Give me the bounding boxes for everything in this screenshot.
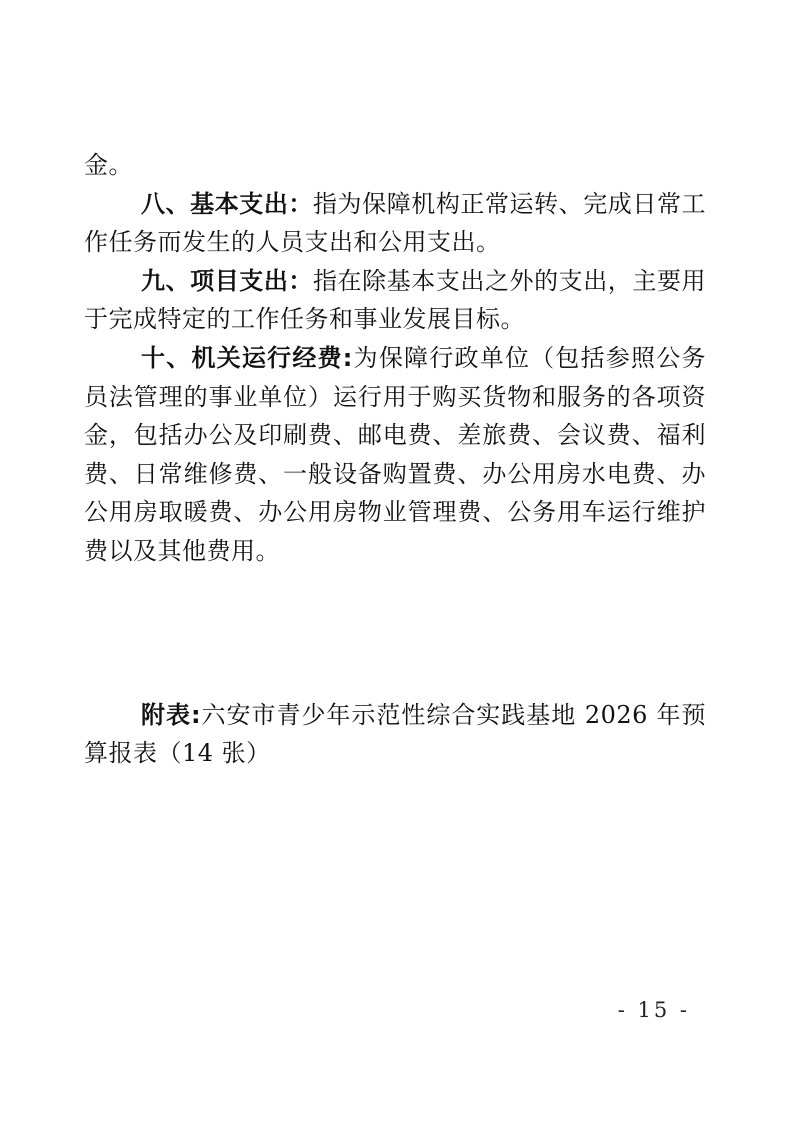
vertical-gap [84,571,706,696]
paragraph-continuation: 金。 [84,146,706,185]
paragraph-lead: 附表: [141,701,201,729]
paragraph-lead: 九、项目支出： [141,267,313,295]
paragraph-project-expenditure: 九、项目支出：指在除基本支出之外的支出，主要用于完成特定的工作任务和事业发展目标… [84,262,706,339]
paragraph-text: 金。 [84,151,133,179]
document-page: 金。 八、基本支出：指为保障机构正常运转、完成日常工作任务而发生的人员支出和公用… [0,0,793,1122]
page-body: 金。 八、基本支出：指为保障机构正常运转、完成日常工作任务而发生的人员支出和公用… [84,146,706,773]
page-number: - 15 - [618,997,690,1023]
paragraph-basic-expenditure: 八、基本支出：指为保障机构正常运转、完成日常工作任务而发生的人员支出和公用支出。 [84,185,706,262]
paragraph-lead: 八、基本支出： [141,190,313,218]
paragraph-text: 为保障行政单位（包括参照公务员法管理的事业单位）运行用于购买货物和服务的各项资金… [84,344,706,565]
paragraph-lead: 十、机关运行经费: [141,344,353,372]
paragraph-agency-operating-funds: 十、机关运行经费:为保障行政单位（包括参照公务员法管理的事业单位）运行用于购买货… [84,339,706,571]
paragraph-attachment-note: 附表:六安市青少年示范性综合实践基地 2026 年预算报表（14 张） [84,696,706,773]
